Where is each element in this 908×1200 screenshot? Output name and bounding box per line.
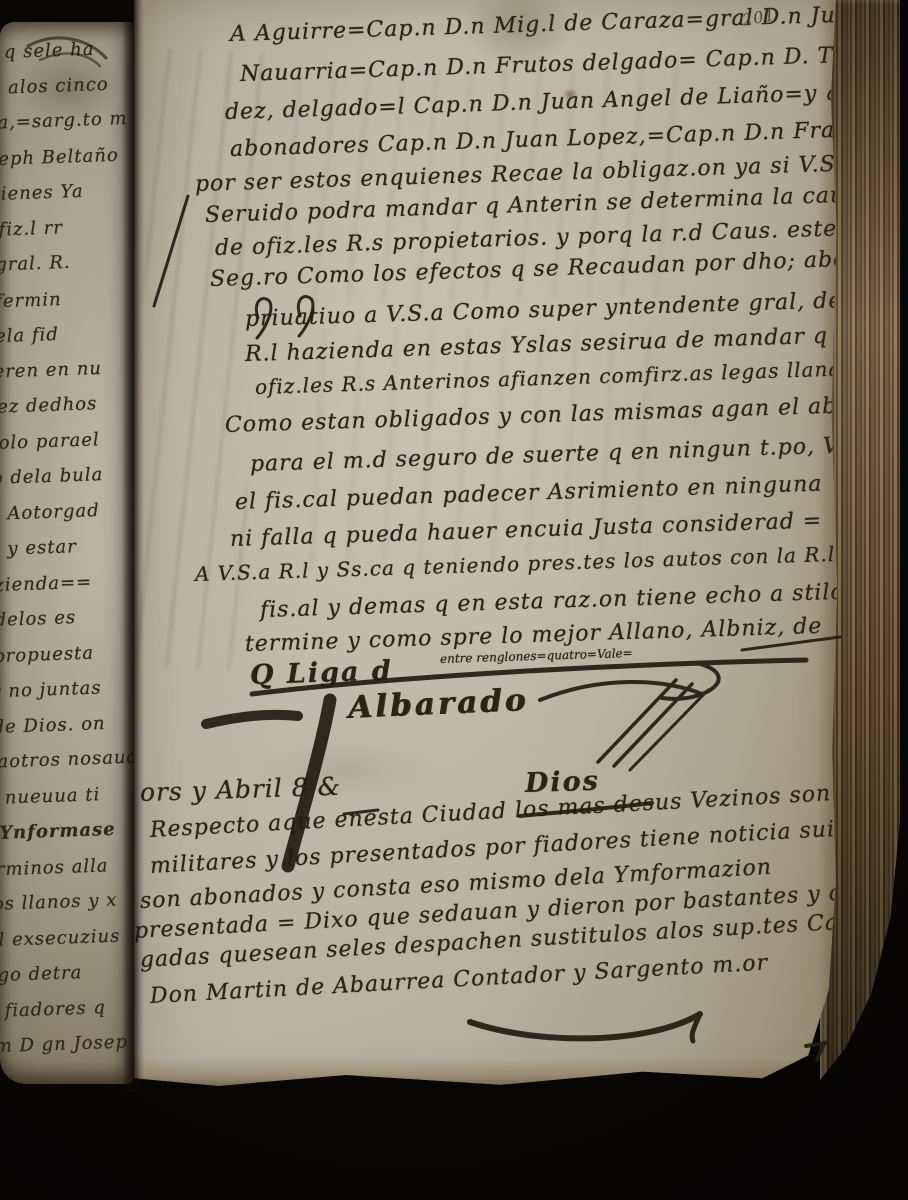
- left-page-line: de Ynformase: [0, 810, 134, 853]
- left-page-line: nosolo parael: [0, 419, 134, 462]
- manuscript-line: Nauarria=Cap.n D.n Frutos delgado= Cap.n…: [240, 38, 840, 87]
- manuscript-line: Como estan obligados y con las mismas ag…: [225, 392, 840, 438]
- left-page-line: ntas Aotorgad: [0, 490, 134, 533]
- left-page-line: y diez dedhos: [0, 384, 134, 427]
- left-page-line: e dieren en nu: [0, 348, 134, 391]
- left-page-line: oua nueuua ti: [0, 774, 134, 817]
- left-page-line: por fiadores q: [0, 987, 134, 1030]
- left-page-line: fo. delos es: [0, 597, 134, 640]
- left-page-line: urrea,=sarg.to m: [0, 99, 134, 142]
- left-page-line: o y no juntas: [0, 668, 134, 711]
- left-page-line: tual exsecuzius: [0, 916, 134, 959]
- manuscript-line: para el m.d seguro de suerte q en ningun…: [250, 430, 840, 477]
- left-page-line: nza y estar: [0, 526, 134, 569]
- left-page-line: al= gral. R.: [0, 241, 134, 284]
- date-line: ors y Abril 8 &: [140, 772, 342, 807]
- left-page-line: la propuesta: [0, 632, 134, 675]
- left-page-line: hazienda==: [0, 561, 134, 604]
- left-page-line: amo dela bula: [0, 455, 134, 498]
- left-page-line: tuigo detra: [0, 952, 134, 995]
- book-gutter-shadow: [122, 0, 144, 1092]
- left-page-line: lla q sele ha: [0, 29, 134, 72]
- left-page-line: to m D gn Josep: [0, 1023, 134, 1066]
- left-page-line: Joseph Beltaño: [0, 135, 134, 178]
- left-page-line: legos llanos y x: [0, 881, 134, 924]
- manuscript-line: dez, delgado=l Cap.n D.n Juan Angel de L…: [225, 80, 840, 125]
- manuscript-line: el fis.cal puedan padecer Asrimiento en …: [235, 472, 823, 515]
- manuscript-photo: { "photo": { "background_color": "#07050…: [0, 0, 908, 1200]
- left-page-line: aquienes Ya: [0, 171, 134, 214]
- manuscript-line: Q Liga d: [250, 656, 394, 691]
- left-page-line: quela fid: [0, 313, 134, 356]
- signature-albarado: Albarado: [347, 682, 529, 726]
- left-page-line: que aotros nosaude: [0, 738, 134, 781]
- left-page-line: terminos alla: [0, 846, 134, 888]
- left-page-text: lla q sele ha inos alos cinco urrea,=sar…: [0, 36, 134, 1066]
- left-page-line: n fermin: [0, 278, 134, 320]
- main-manuscript-page: A Aguirre=Cap.n D.n Mig.l de Caraza=gral…: [134, 0, 840, 1088]
- left-page-edge: lla q sele ha inos alos cinco urrea,=sar…: [0, 22, 134, 1084]
